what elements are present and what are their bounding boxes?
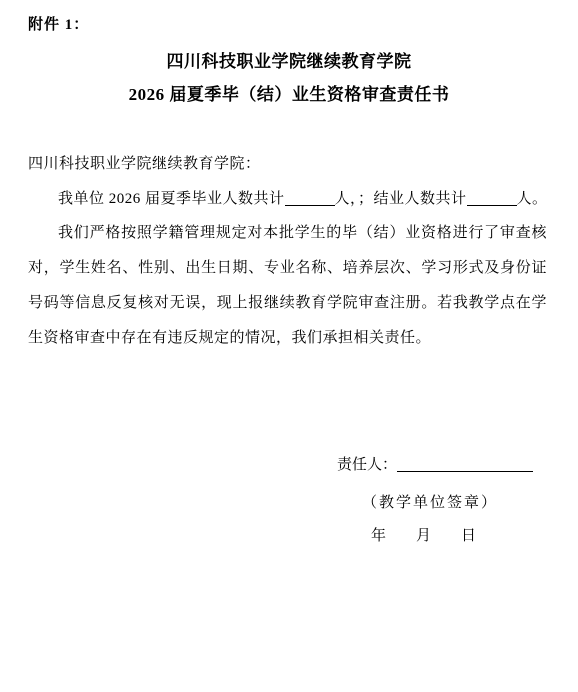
counts-middle: 人，；结业人数共计 [335, 191, 467, 207]
counts-line: 我单位 2026 届夏季毕业人数共计人，；结业人数共计人。 [28, 182, 547, 217]
document-body: 四川科技职业学院继续教育学院： 我单位 2026 届夏季毕业人数共计人，；结业人… [28, 147, 547, 355]
responsible-name-blank [397, 456, 533, 472]
completion-count-blank [467, 190, 517, 206]
signature-date-line: 年 月 日 [371, 524, 476, 545]
document-page: 附件 1： 四川科技职业学院继续教育学院 2026 届夏季毕（结）业生资格审查责… [0, 0, 578, 692]
salutation-line: 四川科技职业学院继续教育学院： [28, 147, 547, 182]
signature-seal-note: （教学单位签章） [362, 491, 498, 512]
body-paragraph-line: 号码等信息反复核对无误，现上报继续教育学院审查注册。若我教学点在学 [28, 286, 547, 321]
attachment-label: 附件 1： [28, 13, 89, 34]
counts-suffix: 人。 [517, 191, 548, 207]
body-paragraph-line: 我们严格按照学籍管理规定对本批学生的毕（结）业资格进行了审查核 [28, 216, 547, 251]
counts-prefix: 我单位 2026 届夏季毕业人数共计 [58, 191, 285, 207]
body-paragraph-line: 生资格审查中存在有违反规定的情况，我们承担相关责任。 [28, 321, 547, 356]
document-title-line1: 四川科技职业学院继续教育学院 [0, 47, 578, 72]
body-paragraph-line: 对，学生姓名、性别、出生日期、专业名称、培养层次、学习形式及身份证 [28, 251, 547, 286]
signature-responsible-line: 责任人： [337, 455, 533, 475]
document-title-line2: 2026 届夏季毕（结）业生资格审查责任书 [0, 80, 578, 105]
graduate-count-blank [285, 190, 335, 206]
responsible-person-label: 责任人： [337, 457, 397, 473]
